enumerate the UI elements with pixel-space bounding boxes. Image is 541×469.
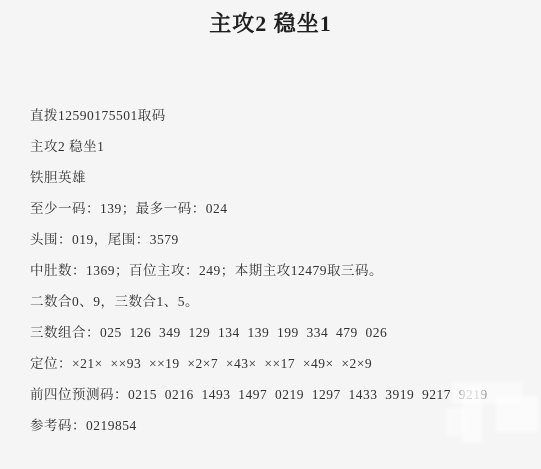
prediction-codes-line: 前四位预测码：0215 0216 1493 1497 0219 1297 143… — [30, 379, 541, 410]
position-line: 定位：×21× ××93 ××19 ×2×7 ×43× ××17 ×49× ×2… — [30, 348, 541, 379]
triple-combo-line: 三数组合：025 126 349 129 134 139 199 334 479… — [30, 317, 541, 348]
slogan-line: 铁胆英雄 — [30, 162, 541, 193]
middle-number-line: 中肚数：1369；百位主攻：249；本期主攻12479取三码。 — [30, 255, 541, 286]
page: { "title": "主攻2 稳坐1", "colors": { "backg… — [0, 0, 541, 469]
sum-combo-line: 二数合0、9，三数合1、5。 — [30, 286, 541, 317]
hotline-line: 直拨12590175501取码 — [30, 100, 541, 131]
min-max-code-line: 至少一码：139；最多一码：024 — [30, 193, 541, 224]
prediction-text-block: 直拨12590175501取码 主攻2 稳坐1 铁胆英雄 至少一码：139；最多… — [30, 100, 541, 441]
reference-code-line: 参考码：0219854 — [30, 410, 541, 441]
subtitle-line: 主攻2 稳坐1 — [30, 131, 541, 162]
head-tail-line: 头围：019，尾围：3579 — [30, 224, 541, 255]
page-title: 主攻2 稳坐1 — [0, 0, 541, 38]
